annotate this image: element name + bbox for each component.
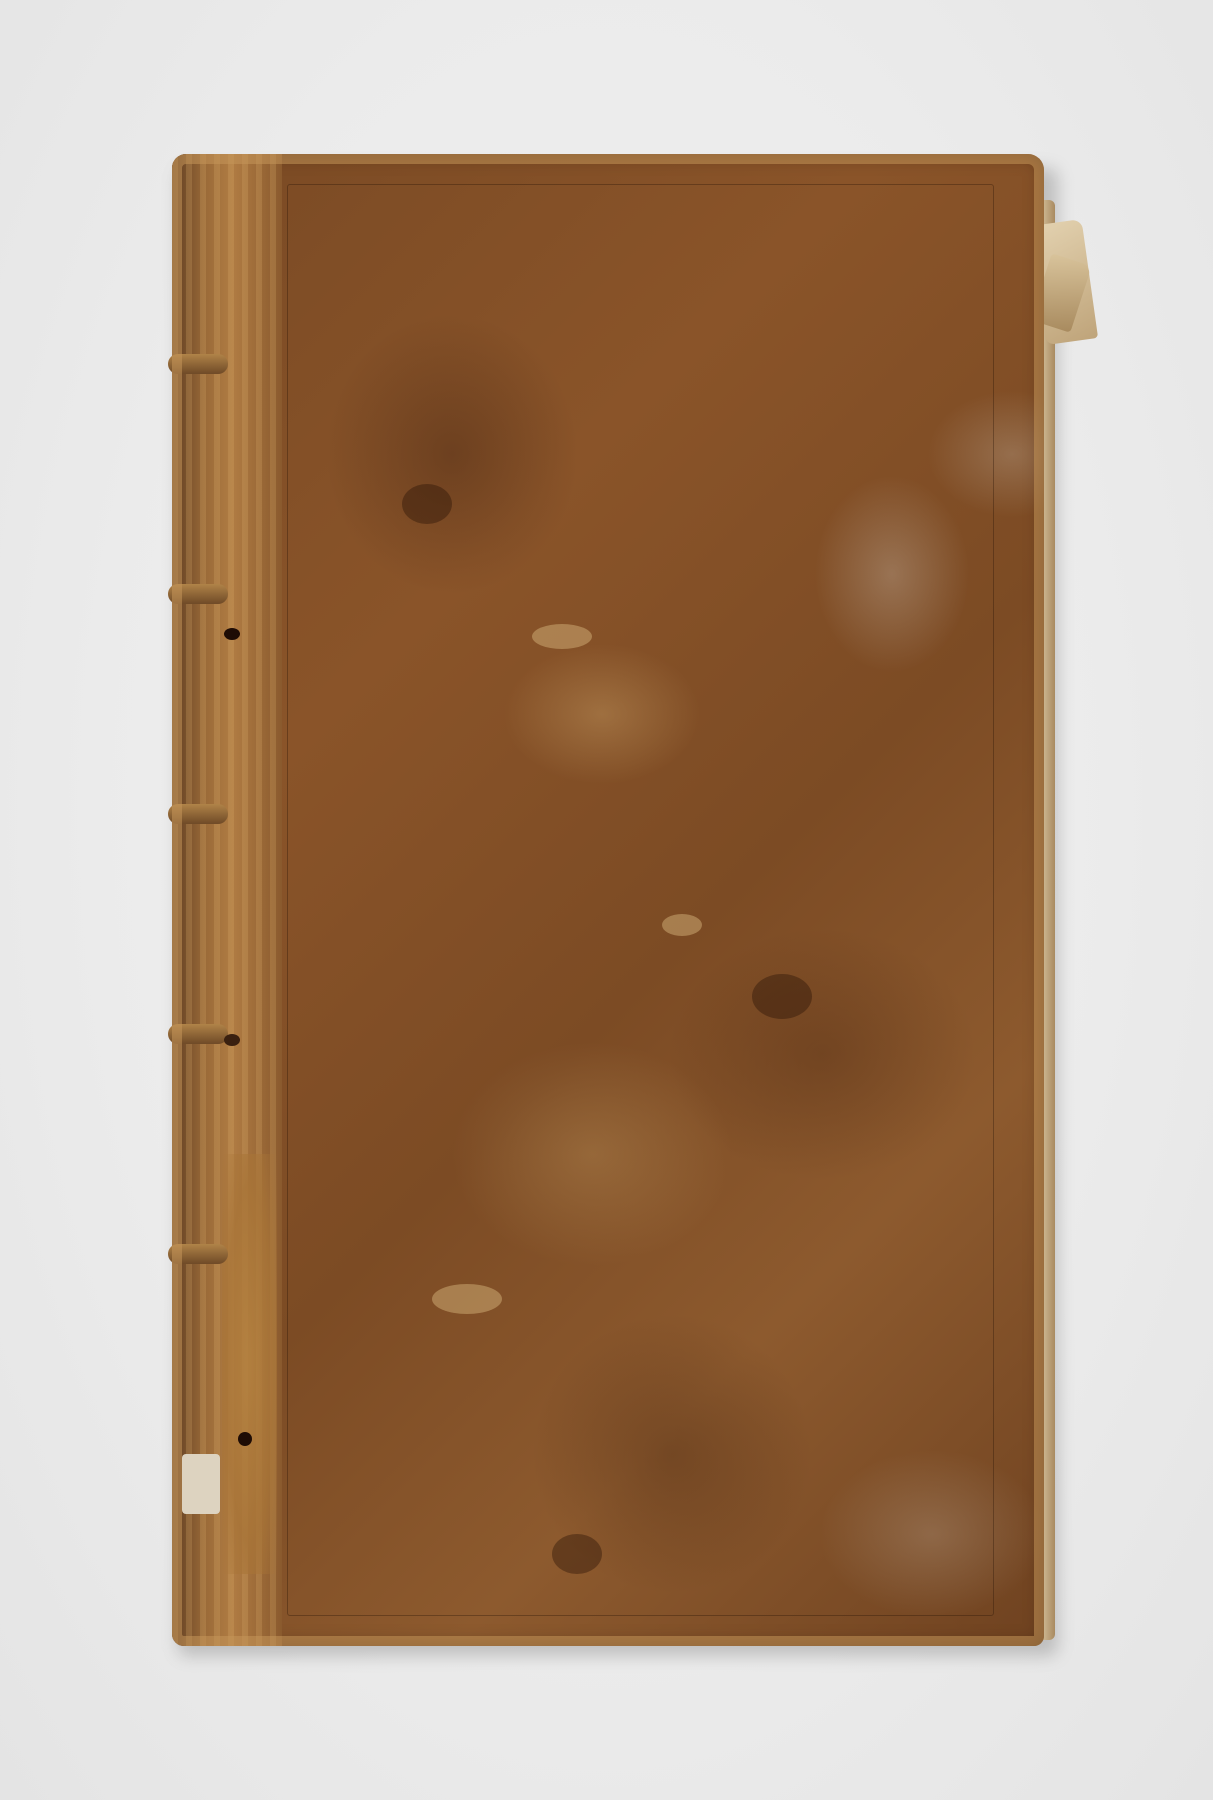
book-cover <box>172 154 1044 1646</box>
worn-cover-edge <box>172 154 1044 1646</box>
